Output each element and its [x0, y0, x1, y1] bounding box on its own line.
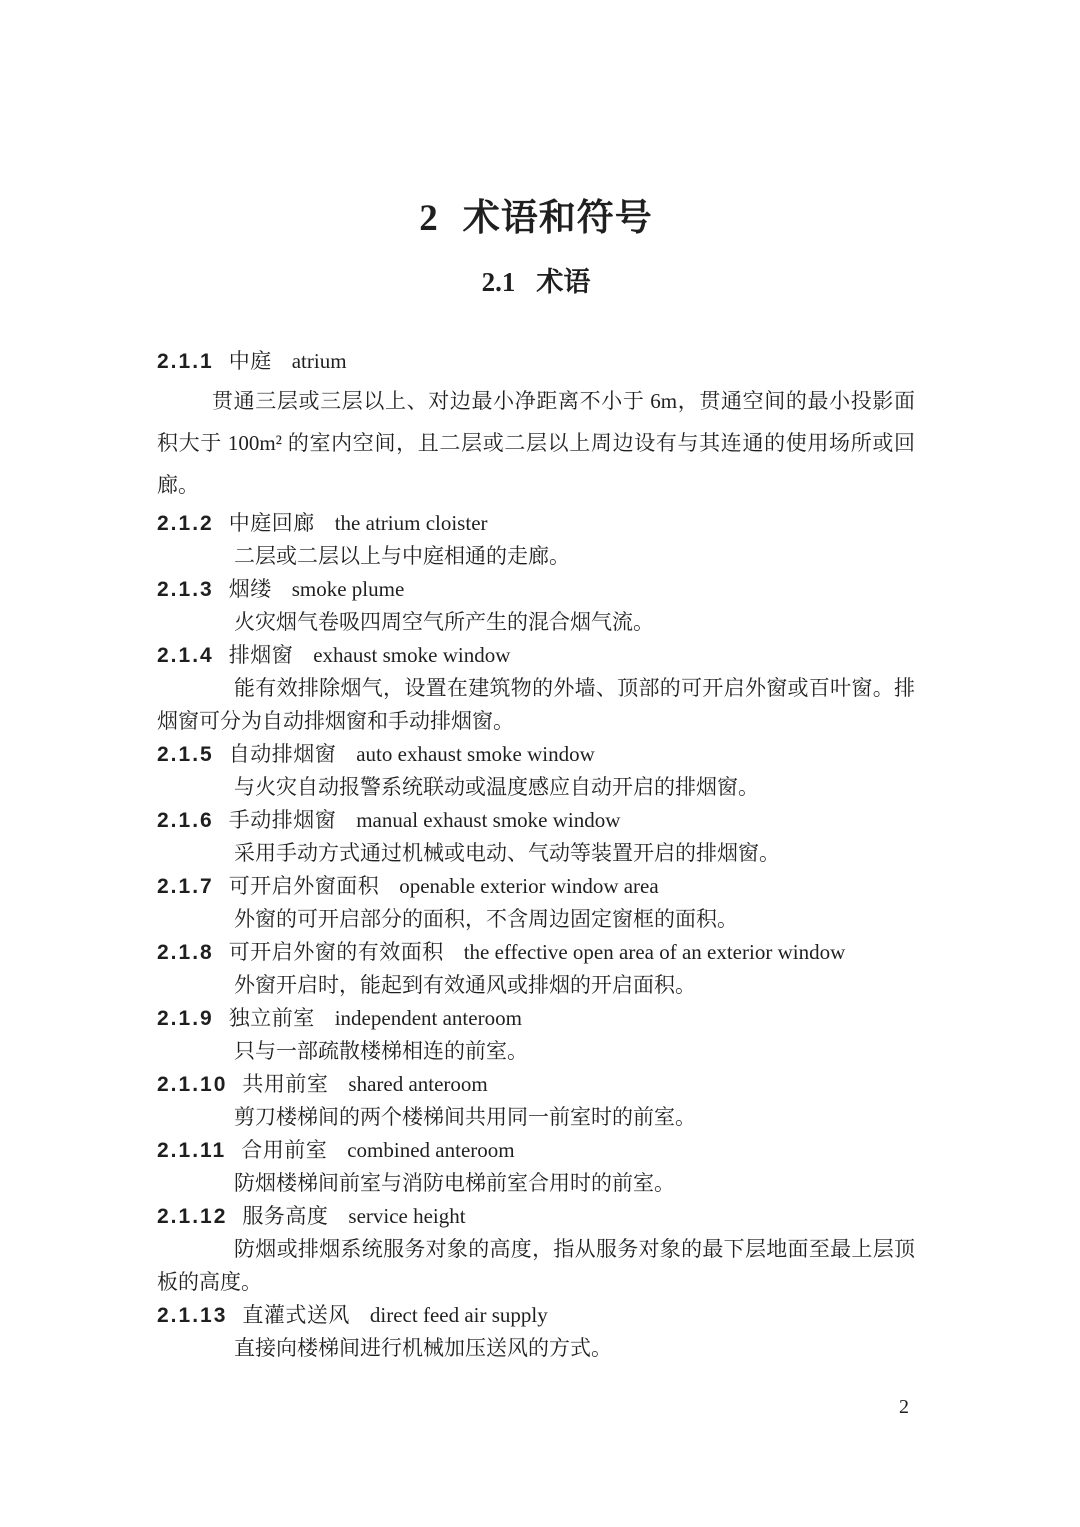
term-definition: 火灾烟气卷吸四周空气所产生的混合烟气流。 — [157, 606, 915, 639]
term-english: the atrium cloister — [335, 511, 488, 535]
term-english: direct feed air supply — [370, 1303, 548, 1327]
term-item: 2.1.13直灌式送风direct feed air supply 直接向楼梯间… — [157, 1299, 915, 1365]
term-item: 2.1.6手动排烟窗manual exhaust smoke window 采用… — [157, 804, 915, 870]
section-heading: 2.1术语 — [157, 265, 915, 299]
term-definition: 二层或二层以上与中庭相通的走廊。 — [157, 540, 915, 573]
term-item: 2.1.4排烟窗exhaust smoke window 能有效排除烟气，设置在… — [157, 639, 915, 738]
term-number: 2.1.12 — [157, 1205, 227, 1228]
term-definition: 防烟或排烟系统服务对象的高度，指从服务对象的最下层地面至最上层顶板的高度。 — [157, 1233, 915, 1299]
term-heading-line: 2.1.12服务高度service height — [157, 1200, 915, 1233]
term-item: 2.1.11合用前室combined anteroom 防烟楼梯间前室与消防电梯… — [157, 1134, 915, 1200]
terms-list: 2.1.1中庭atrium 贯通三层或三层以上、对边最小净距离不小于 6m，贯通… — [157, 345, 915, 1365]
term-definition: 只与一部疏散楼梯相连的前室。 — [157, 1035, 915, 1068]
term-number: 2.1.1 — [157, 350, 214, 373]
term-item: 2.1.2中庭回廊the atrium cloister 二层或二层以上与中庭相… — [157, 507, 915, 573]
term-number: 2.1.4 — [157, 644, 214, 667]
term-number: 2.1.3 — [157, 578, 214, 601]
chapter-number: 2 — [419, 198, 439, 239]
term-heading-line: 2.1.10共用前室shared anteroom — [157, 1068, 915, 1101]
term-item: 2.1.12服务高度service height 防烟或排烟系统服务对象的高度，… — [157, 1200, 915, 1299]
term-chinese: 直灌式送风 — [242, 1303, 350, 1327]
term-definition: 采用手动方式通过机械或电动、气动等装置开启的排烟窗。 — [157, 837, 915, 870]
term-heading-line: 2.1.5自动排烟窗auto exhaust smoke window — [157, 738, 915, 771]
term-item: 2.1.3烟缕smoke plume 火灾烟气卷吸四周空气所产生的混合烟气流。 — [157, 573, 915, 639]
term-definition: 外窗开启时，能起到有效通风或排烟的开启面积。 — [157, 969, 915, 1002]
term-chinese: 服务高度 — [242, 1204, 328, 1228]
term-number: 2.1.13 — [157, 1304, 227, 1327]
term-definition: 能有效排除烟气，设置在建筑物的外墙、顶部的可开启外窗或百叶窗。排烟窗可分为自动排… — [157, 672, 915, 738]
term-item: 2.1.8可开启外窗的有效面积the effective open area o… — [157, 936, 915, 1002]
term-english: smoke plume — [292, 577, 405, 601]
term-english: exhaust smoke window — [313, 643, 510, 667]
term-chinese: 可开启外窗面积 — [229, 874, 380, 898]
term-item: 2.1.9独立前室independent anteroom 只与一部疏散楼梯相连… — [157, 1002, 915, 1068]
term-heading-line: 2.1.4排烟窗exhaust smoke window — [157, 639, 915, 672]
term-heading-line: 2.1.8可开启外窗的有效面积the effective open area o… — [157, 936, 915, 969]
page-content: 2术语和符号 2.1术语 2.1.1中庭atrium 贯通三层或三层以上、对边最… — [157, 0, 915, 1365]
term-number: 2.1.10 — [157, 1073, 227, 1096]
term-definition: 与火灾自动报警系统联动或温度感应自动开启的排烟窗。 — [157, 771, 915, 804]
term-item: 2.1.5自动排烟窗auto exhaust smoke window 与火灾自… — [157, 738, 915, 804]
term-english: the effective open area of an exterior w… — [464, 940, 846, 964]
term-english: atrium — [292, 349, 347, 373]
term-definition: 贯通三层或三层以上、对边最小净距离不小于 6m，贯通空间的最小投影面积大于 10… — [157, 380, 915, 506]
term-heading-line: 2.1.1中庭atrium — [157, 345, 915, 378]
term-chinese: 手动排烟窗 — [229, 808, 337, 832]
term-chinese: 独立前室 — [229, 1006, 315, 1030]
document-page: 2术语和符号 2.1术语 2.1.1中庭atrium 贯通三层或三层以上、对边最… — [0, 0, 1080, 1527]
term-english: openable exterior window area — [399, 874, 658, 898]
term-chinese: 中庭回廊 — [229, 511, 315, 535]
term-number: 2.1.11 — [157, 1139, 226, 1162]
page-number: 2 — [899, 1394, 909, 1420]
term-english: manual exhaust smoke window — [356, 808, 620, 832]
term-chinese: 共用前室 — [242, 1072, 328, 1096]
term-heading-line: 2.1.11合用前室combined anteroom — [157, 1134, 915, 1167]
term-number: 2.1.8 — [157, 941, 214, 964]
section-title-text: 术语 — [536, 267, 590, 297]
chapter-title-text: 术语和符号 — [463, 198, 653, 239]
term-chinese: 排烟窗 — [229, 643, 294, 667]
term-item: 2.1.10共用前室shared anteroom 剪刀楼梯间的两个楼梯间共用同… — [157, 1068, 915, 1134]
term-number: 2.1.5 — [157, 743, 214, 766]
term-heading-line: 2.1.7可开启外窗面积openable exterior window are… — [157, 870, 915, 903]
term-english: service height — [348, 1204, 465, 1228]
term-item: 2.1.7可开启外窗面积openable exterior window are… — [157, 870, 915, 936]
term-heading-line: 2.1.2中庭回廊the atrium cloister — [157, 507, 915, 540]
term-number: 2.1.9 — [157, 1007, 214, 1030]
term-definition: 直接向楼梯间进行机械加压送风的方式。 — [157, 1332, 915, 1365]
term-number: 2.1.7 — [157, 875, 214, 898]
term-number: 2.1.6 — [157, 809, 214, 832]
term-english: shared anteroom — [348, 1072, 487, 1096]
term-chinese: 合用前室 — [241, 1138, 327, 1162]
term-heading-line: 2.1.6手动排烟窗manual exhaust smoke window — [157, 804, 915, 837]
term-heading-line: 2.1.3烟缕smoke plume — [157, 573, 915, 606]
term-english: independent anteroom — [335, 1006, 522, 1030]
term-english: auto exhaust smoke window — [356, 742, 595, 766]
term-definition: 外窗的可开启部分的面积，不含周边固定窗框的面积。 — [157, 903, 915, 936]
term-definition: 剪刀楼梯间的两个楼梯间共用同一前室时的前室。 — [157, 1101, 915, 1134]
term-chinese: 可开启外窗的有效面积 — [229, 940, 444, 964]
term-chinese: 中庭 — [229, 349, 272, 373]
term-chinese: 自动排烟窗 — [229, 742, 337, 766]
section-number: 2.1 — [482, 267, 516, 297]
term-heading-line: 2.1.13直灌式送风direct feed air supply — [157, 1299, 915, 1332]
term-chinese: 烟缕 — [229, 577, 272, 601]
term-english: combined anteroom — [347, 1138, 514, 1162]
term-heading-line: 2.1.9独立前室independent anteroom — [157, 1002, 915, 1035]
term-number: 2.1.2 — [157, 512, 214, 535]
term-item: 2.1.1中庭atrium 贯通三层或三层以上、对边最小净距离不小于 6m，贯通… — [157, 345, 915, 506]
chapter-title: 2术语和符号 — [157, 196, 915, 242]
term-definition: 防烟楼梯间前室与消防电梯前室合用时的前室。 — [157, 1167, 915, 1200]
